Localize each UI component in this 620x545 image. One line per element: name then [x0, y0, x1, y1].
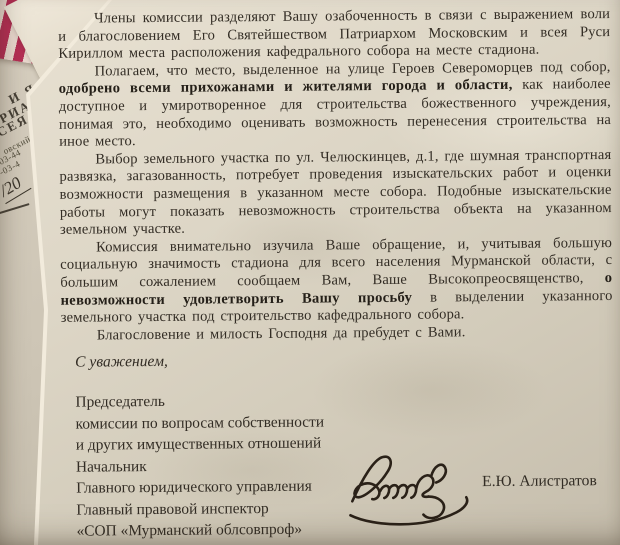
bold-emphasis-text: одобрено всеми прихожанами и жителями го…: [59, 77, 513, 97]
paragraph-text: Выбор земельного участка по ул. Челюскин…: [59, 147, 611, 238]
paragraph-text: Комиссия внимательно изучила Ваше обраще…: [60, 235, 612, 291]
handwritten-signature-flourish-icon: [344, 449, 495, 532]
document-photo: И Я РИАР СЕЯ овский 03-44 3-03-4 /20 Чле…: [0, 0, 620, 545]
paragraph: Полагаем, что место, выделенное на улице…: [58, 59, 611, 152]
paragraph: Выбор земельного участка по ул. Челюскин…: [59, 147, 612, 240]
pen-stroke: [0, 203, 30, 215]
paragraph: Члены комиссии разделяют Вашу озабоченно…: [58, 6, 610, 64]
paragraph: Комиссия внимательно изучила Ваше обраще…: [60, 235, 613, 328]
paragraph: Благословение и милость Господня да преб…: [61, 323, 613, 345]
signer-name: Е.Ю. Алистратов: [482, 472, 597, 491]
closing-salutation: С уважением,: [75, 349, 613, 372]
letter-body: Члены комиссии разделяют Вашу озабоченно…: [58, 6, 615, 543]
paragraph-text: Благословение и милость Господня да преб…: [97, 324, 466, 343]
paragraph-text: Члены комиссии разделяют Вашу озабоченно…: [58, 6, 610, 62]
